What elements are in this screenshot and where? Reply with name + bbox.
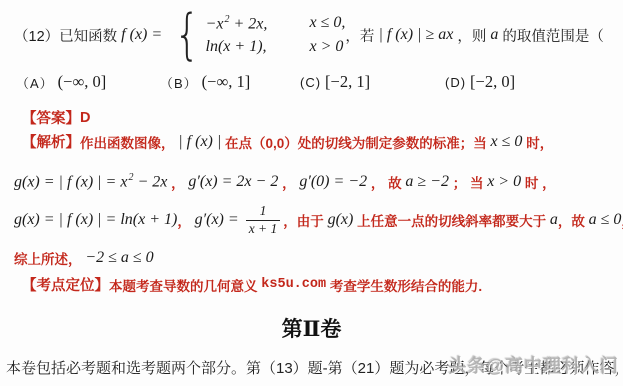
- key-point-text-2: 考查学生数形结合的能力.: [326, 275, 482, 295]
- analysis-l1-text-1: 作出函数图像，: [80, 132, 178, 152]
- fraction-1-over-x-plus-1: 1 x + 1: [246, 203, 281, 236]
- key-point-text-1: 本题考查导数的几何意义: [109, 275, 261, 295]
- key-point-label: 【考点定位】: [22, 274, 109, 295]
- case2-expr: ln(x + 1),: [206, 38, 310, 56]
- analysis-l2-math-3: g′(0) = −2: [299, 173, 367, 191]
- document-page: （12）已知函数 f (x) = { −x2 + 2x, x ≤ 0, ln(x…: [0, 0, 623, 386]
- answer-line: 【答案】 D: [22, 107, 90, 128]
- analysis-l2-math-2: g′(x) = 2x − 2: [188, 173, 278, 191]
- analysis-l2-sep-1: ，: [167, 172, 188, 192]
- analysis-line-4: 综上所述， −2 ≤ a ≤ 0: [14, 248, 154, 268]
- analysis-l2-text-2: ； 当: [449, 172, 487, 192]
- analysis-l1-math-1: | f (x) |: [178, 133, 221, 151]
- analysis-l2-math-1b: − 2x: [133, 174, 167, 191]
- analysis-l1-text-3: 时，: [522, 132, 553, 152]
- case1-condition: x ≤ 0,: [310, 14, 346, 33]
- option-c: (C) [−2, 1]: [300, 72, 370, 92]
- case1-expr: −x: [206, 15, 224, 32]
- analysis-l2-math-1: g(x) = | f (x) | = x: [14, 174, 127, 191]
- analysis-l3-text-1: ，由于: [283, 210, 327, 230]
- analysis-l3-math-5: a ≤ 0: [589, 211, 622, 229]
- problem-mid: ，若: [345, 25, 378, 46]
- case1-expr-rest: + 2x,: [229, 15, 267, 32]
- problem-statement: （12）已知函数 f (x) = { −x2 + 2x, x ≤ 0, ln(x…: [14, 8, 623, 62]
- option-c-value: [−2, 1]: [325, 72, 370, 92]
- option-a: （A） (−∞, 0]: [16, 72, 106, 92]
- option-c-label: (C): [300, 75, 321, 90]
- function-lhs: f (x) =: [121, 26, 166, 44]
- inequality-expr: | f (x) | ≥ ax: [378, 26, 453, 44]
- analysis-l1-text-2: 在点（0,0）处的切线为制定参数的标准；当: [221, 132, 490, 152]
- analysis-l2-math-5: x > 0: [487, 173, 521, 191]
- watermark: 头条@高中理科入门: [448, 352, 619, 378]
- analysis-l4-math: −2 ≤ a ≤ 0: [85, 249, 153, 267]
- key-point-site: ks5u.com: [261, 277, 326, 292]
- piecewise-brace: {: [174, 8, 200, 62]
- analysis-l4-text: 综上所述，: [14, 248, 85, 268]
- answer-label: 【答案】: [22, 107, 80, 128]
- analysis-l3-text-3: ，故: [558, 210, 589, 230]
- variable-a: a: [490, 26, 498, 44]
- fraction-denominator: x + 1: [246, 220, 281, 237]
- analysis-l2-text-3: 时 ，: [521, 172, 556, 192]
- analysis-line-1: 【解析】 作出函数图像， | f (x) | 在点（0,0）处的切线为制定参数的…: [22, 131, 553, 152]
- option-d-value: [−2, 0]: [470, 72, 515, 92]
- problem-prefix: （12）已知函数: [14, 25, 121, 46]
- option-a-label: （A）: [16, 73, 54, 92]
- fraction-numerator: 1: [260, 203, 267, 219]
- option-d-label: (D): [445, 75, 466, 90]
- analysis-label: 【解析】: [22, 131, 80, 152]
- analysis-l2-text-1: ， 故: [367, 172, 405, 192]
- analysis-l3-math-1: g(x) = | f (x) | = ln(x + 1): [14, 211, 177, 229]
- analysis-l3-math-3: g(x): [328, 211, 354, 229]
- analysis-l2-sep-2: ，: [278, 172, 299, 192]
- analysis-line-3: g(x) = | f (x) | = ln(x + 1) ， g′(x) = 1…: [14, 198, 623, 242]
- case2-condition: x > 0: [310, 38, 344, 56]
- analysis-l2-math-4: a ≥ −2: [405, 173, 449, 191]
- option-a-value: (−∞, 0]: [58, 72, 107, 92]
- analysis-line-2: g(x) = | f (x) | = x2 − 2x ， g′(x) = 2x …: [14, 172, 556, 192]
- option-d: (D) [−2, 0]: [445, 72, 515, 92]
- piecewise-cases: −x2 + 2x, x ≤ 0, ln(x + 1), x > 0: [206, 14, 346, 56]
- piecewise-case-2: ln(x + 1), x > 0: [206, 38, 346, 56]
- option-b-value: (−∞, 1]: [202, 72, 251, 92]
- analysis-l1-math-2: x ≤ 0: [491, 133, 523, 151]
- option-b: （B） (−∞, 1]: [160, 72, 250, 92]
- analysis-l3-math-4: a: [550, 211, 558, 229]
- analysis-l3-math-2: g′(x) =: [195, 211, 243, 229]
- section-heading: 第Ⅱ卷: [0, 313, 623, 343]
- option-b-label: （B）: [160, 73, 198, 92]
- piecewise-case-1: −x2 + 2x, x ≤ 0,: [206, 14, 346, 33]
- problem-tail-b: 的取值范围是（ ）: [498, 25, 623, 46]
- analysis-l3-text-2: 上任意一点的切线斜率都要大于: [353, 210, 550, 230]
- problem-tail-a: ，则: [453, 25, 490, 46]
- key-point-line: 【考点定位】 本题考查导数的几何意义 ks5u.com 考查学生数形结合的能力.: [22, 274, 482, 295]
- analysis-l3-sep-1: ，: [177, 210, 194, 230]
- answer-value: D: [80, 110, 90, 126]
